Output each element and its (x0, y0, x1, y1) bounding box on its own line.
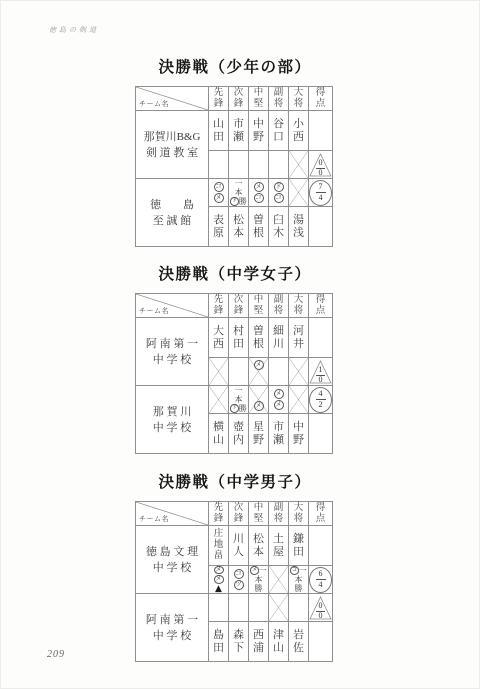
player-name: 村田 (229, 318, 248, 357)
team-name-line1: 阿 南 第 一 (136, 612, 208, 628)
position-header-cell: 得点 (309, 87, 333, 111)
player-name: 市瀬 (229, 111, 248, 150)
score-circle: 74 (309, 180, 332, 206)
mark-cell (289, 358, 309, 386)
player-name: 島田 (209, 622, 228, 661)
score-sheet: チーム名先鋒次鋒中堅副将大将得点那賀川B&G剣 道 教 室山田市瀬中野谷口小西0… (135, 86, 333, 247)
mark-cell: メ一本勝 (249, 566, 269, 594)
position-header-cell: 得点 (309, 294, 333, 318)
team-cell: 徳 島至 誠 館 (136, 179, 209, 247)
team-name-corner-label: チーム名 (139, 306, 169, 316)
position-header-cell: 副将 (269, 502, 289, 526)
triangle-icon (309, 152, 332, 178)
score-badge: 74 (309, 179, 332, 206)
scanned-page: 徳島の剣道 決勝戦（少年の部） チーム名先鋒次鋒中堅副将大将得点那賀川B&G剣 … (0, 0, 480, 689)
player-cell: 村田 (229, 318, 249, 358)
technique-mark-icon: ド (274, 182, 284, 192)
team-name-corner-label: チーム名 (139, 514, 169, 524)
score-triangle: 10 (309, 359, 332, 385)
player-name: 市瀬 (269, 414, 288, 453)
player-name: 中野 (289, 414, 308, 453)
page-number: 209 (47, 649, 65, 660)
running-header: 徳島の剣道 (49, 25, 99, 35)
player-cell: 庄地畠 (209, 526, 229, 566)
score-fraction: 64 (316, 570, 326, 589)
position-header-cell: 副将 (269, 294, 289, 318)
technique-mark-icon: メ (214, 193, 224, 203)
header-row: チーム名先鋒次鋒中堅副将大将得点 (136, 87, 333, 111)
player-cell: 星野 (249, 414, 269, 454)
player-name: 庄地畠 (209, 526, 228, 565)
mark-cell (249, 151, 269, 179)
section-title-shonen: 決勝戦（少年の部） (135, 55, 335, 77)
player-cell: 川人 (229, 526, 249, 566)
score-badge: 00 (309, 594, 332, 621)
results-table-shonen: チーム名先鋒次鋒中堅副将大将得点那賀川B&G剣 道 教 室山田市瀬中野谷口小西0… (135, 86, 335, 247)
technique-mark-icon: メ (254, 401, 264, 411)
team-name-line1: 阿 南 第 一 (136, 336, 208, 352)
player-cell: 市瀬 (229, 111, 249, 151)
score-sheet: チーム名先鋒次鋒中堅副将大将得点徳 島 文 理中 学 校庄地畠川人松本土屋鎌田メ… (135, 501, 333, 662)
position-header-cell: 次鋒 (229, 294, 249, 318)
ippon-win-label: メ一本勝 (249, 562, 268, 597)
technique-mark-icon: コ (274, 193, 284, 203)
mark-cell (289, 179, 309, 207)
mark-cell: メメ (269, 386, 289, 414)
mark-cell (209, 358, 229, 386)
score-circle: 64 (309, 567, 332, 593)
score-empty-cell (309, 526, 333, 566)
header-row: チーム名先鋒次鋒中堅副将大将得点 (136, 502, 333, 526)
player-cell: 細川 (269, 318, 289, 358)
position-header-cell: 次鋒 (229, 87, 249, 111)
match-marks: メメ▲ (209, 566, 228, 593)
match-marks: メメ (269, 386, 288, 413)
position-header-cell: 副将 (269, 87, 289, 111)
player-name: 土屋 (269, 526, 288, 565)
player-name: 曽根 (249, 318, 268, 357)
team-b-marks-row: 徳 島至 誠 館コメ一本ド勝メコドコ74 (136, 179, 333, 207)
cross-icon (289, 386, 308, 413)
mark-cell (289, 151, 309, 179)
player-cell: 中野 (249, 111, 269, 151)
score-triangle: 00 (309, 152, 332, 178)
mark-cell (289, 594, 309, 622)
score-cell: 00 (309, 594, 333, 622)
technique-mark-icon: メ (274, 400, 284, 410)
player-cell: 中野 (289, 414, 309, 454)
mark-cell: コ一本勝 (289, 566, 309, 594)
player-cell: 松本 (229, 207, 249, 247)
player-name: 大西 (209, 318, 228, 357)
triangle-icon (309, 359, 332, 385)
team-b-marks-row: 阿 南 第 一中 学 校00 (136, 594, 333, 622)
team-name-line1: 徳 島 (136, 197, 208, 213)
cross-icon (289, 151, 308, 178)
team-a-names-row: 阿 南 第 一中 学 校大西村田曽根細川河井 (136, 318, 333, 358)
triangle-icon (309, 595, 332, 621)
player-name: 山田 (209, 111, 228, 150)
mark-cell (269, 151, 289, 179)
score-empty-cell (309, 111, 333, 151)
match-marks: コメ (209, 179, 228, 206)
player-cell: 曽根 (249, 318, 269, 358)
technique-mark-icon: ド (230, 404, 239, 413)
mark-cell: ドコ (269, 179, 289, 207)
position-header-cell: 大将 (289, 502, 309, 526)
section-chugaku-danshi: 決勝戦（中学男子） チーム名先鋒次鋒中堅副将大将得点徳 島 文 理中 学 校庄地… (135, 470, 335, 662)
score-sheet: チーム名先鋒次鋒中堅副将大将得点阿 南 第 一中 学 校大西村田曽根細川河井メ1… (135, 293, 333, 454)
cross-icon (209, 386, 228, 413)
player-cell: 表原 (209, 207, 229, 247)
score-badge: 00 (309, 151, 332, 178)
player-cell: 市瀬 (269, 414, 289, 454)
player-name: 臼木 (269, 207, 288, 246)
player-name: 細川 (269, 318, 288, 357)
mark-cell (269, 594, 289, 622)
mark-cell: メ (249, 386, 269, 414)
player-cell: 津山 (269, 622, 289, 662)
score-cell: 10 (309, 358, 333, 386)
team-cell: 那賀川B&G剣 道 教 室 (136, 111, 209, 179)
player-cell: 山田 (209, 111, 229, 151)
player-name: 西浦 (249, 622, 268, 661)
player-cell: 谷口 (269, 111, 289, 151)
team-cell: 阿 南 第 一中 学 校 (136, 318, 209, 386)
team-name-line2: 至 誠 館 (136, 213, 208, 229)
player-name: 横山 (209, 414, 228, 453)
mark-cell: メコ (249, 179, 269, 207)
player-name: 星野 (249, 414, 268, 453)
mark-cell: 一本ド勝 (229, 179, 249, 207)
technique-mark-icon: メ (250, 566, 259, 575)
player-cell: 大西 (209, 318, 229, 358)
cross-icon (269, 594, 288, 621)
technique-mark-icon: メ (214, 566, 224, 575)
player-name: 川人 (229, 526, 248, 565)
technique-mark-icon: コ (290, 566, 299, 575)
player-cell: 臼木 (269, 207, 289, 247)
score-triangle: 00 (309, 595, 332, 621)
section-shonen: 決勝戦（少年の部） チーム名先鋒次鋒中堅副将大将得点那賀川B&G剣 道 教 室山… (135, 55, 335, 247)
player-cell: 西浦 (249, 622, 269, 662)
player-cell: 横山 (209, 414, 229, 454)
team-name-line1: 那賀川B&G (136, 129, 208, 145)
position-header-cell: 大将 (289, 87, 309, 111)
score-empty-cell (309, 207, 333, 247)
score-cell: 64 (309, 566, 333, 594)
score-empty-cell (309, 414, 333, 454)
team-name-line2: 中 学 校 (136, 420, 208, 436)
player-cell: 壺内 (229, 414, 249, 454)
player-cell: 小西 (289, 111, 309, 151)
player-cell: 松本 (249, 526, 269, 566)
team-b-marks-row: 那 賀 川中 学 校一本ド勝メメメ42 (136, 386, 333, 414)
player-name: 表原 (209, 207, 228, 246)
team-cell: 那 賀 川中 学 校 (136, 386, 209, 454)
technique-mark-icon: メ (254, 360, 264, 370)
team-cell: 徳 島 文 理中 学 校 (136, 526, 209, 594)
cross-icon (289, 358, 308, 385)
cross-icon (209, 358, 228, 385)
team-a-names-row: 那賀川B&G剣 道 教 室山田市瀬中野谷口小西 (136, 111, 333, 151)
score-circle: 42 (309, 387, 332, 413)
player-name: 津山 (269, 622, 288, 661)
mark-cell: コツ (229, 566, 249, 594)
player-cell: 鎌田 (289, 526, 309, 566)
position-header-cell: 大将 (289, 294, 309, 318)
mark-cell (209, 386, 229, 414)
corner-cell: チーム名 (136, 502, 209, 526)
player-name: 河井 (289, 318, 308, 357)
player-cell: 河井 (289, 318, 309, 358)
corner-cell: チーム名 (136, 294, 209, 318)
player-name: 岩佐 (289, 622, 308, 661)
match-marks: メコ (249, 179, 268, 206)
ippon-win-label: コ一本勝 (289, 562, 308, 597)
section-title-chugaku-joshi: 決勝戦（中学女子） (135, 262, 335, 284)
player-cell: 森下 (229, 622, 249, 662)
score-empty-cell (309, 622, 333, 662)
score-badge: 10 (309, 358, 332, 385)
score-fraction: 74 (316, 183, 326, 202)
mark-cell: メ (249, 358, 269, 386)
team-name-line1: 徳 島 文 理 (136, 544, 208, 560)
header-row: チーム名先鋒次鋒中堅副将大将得点 (136, 294, 333, 318)
score-cell: 42 (309, 386, 333, 414)
player-name: 小西 (289, 111, 308, 150)
mark-cell (289, 386, 309, 414)
score-cell: 00 (309, 151, 333, 179)
mark-cell (249, 594, 269, 622)
technique-mark-icon: コ (214, 182, 224, 192)
player-cell: 岩佐 (289, 622, 309, 662)
mark-cell (269, 358, 289, 386)
position-header-cell: 中堅 (249, 294, 269, 318)
position-header-cell: 得点 (309, 502, 333, 526)
mark-cell: 一本ド勝 (229, 386, 249, 414)
section-title-chugaku-danshi: 決勝戦（中学男子） (135, 470, 335, 492)
mark-cell (269, 566, 289, 594)
ippon-win-label: 一本ド勝 (229, 382, 248, 417)
technique-mark-icon: メ (274, 389, 284, 399)
score-badge: 64 (309, 566, 332, 593)
mark-cell (209, 594, 229, 622)
technique-mark-icon: ツ (234, 580, 244, 590)
team-name-line2: 中 学 校 (136, 352, 208, 368)
player-name: 壺内 (229, 414, 248, 453)
player-cell: 湯浅 (289, 207, 309, 247)
mark-cell (209, 151, 229, 179)
position-header-cell: 中堅 (249, 502, 269, 526)
results-table-chugaku-danshi: チーム名先鋒次鋒中堅副将大将得点徳 島 文 理中 学 校庄地畠川人松本土屋鎌田メ… (135, 501, 335, 662)
technique-mark-icon: メ (254, 182, 264, 192)
mark-cell: コメ (209, 179, 229, 207)
player-name: 中野 (249, 111, 268, 150)
player-name: 松本 (229, 207, 248, 246)
match-marks: ドコ (269, 179, 288, 206)
player-name: 曽根 (249, 207, 268, 246)
position-header-cell: 次鋒 (229, 502, 249, 526)
score-cell: 74 (309, 179, 333, 207)
team-name-line2: 中 学 校 (136, 628, 208, 644)
player-cell: 土屋 (269, 526, 289, 566)
position-header-cell: 先鋒 (209, 502, 229, 526)
team-name-line2: 剣 道 教 室 (136, 145, 208, 161)
score-badge: 42 (309, 386, 332, 413)
score-fraction: 42 (316, 390, 326, 409)
technique-mark-icon: コ (234, 569, 244, 579)
team-name-line1: 那 賀 川 (136, 404, 208, 420)
player-name: 鎌田 (289, 526, 308, 565)
team-a-names-row: 徳 島 文 理中 学 校庄地畠川人松本土屋鎌田 (136, 526, 333, 566)
penalty-mark: ▲ (215, 585, 222, 594)
team-name-corner-label: チーム名 (139, 99, 169, 109)
results-table-chugaku-joshi: チーム名先鋒次鋒中堅副将大将得点阿 南 第 一中 学 校大西村田曽根細川河井メ1… (135, 293, 335, 454)
mark-cell: メメ▲ (209, 566, 229, 594)
mark-cell (229, 594, 249, 622)
technique-mark-icon: ド (230, 197, 239, 206)
player-cell: 曽根 (249, 207, 269, 247)
corner-cell: チーム名 (136, 87, 209, 111)
technique-mark-icon: コ (254, 193, 264, 203)
player-cell: 島田 (209, 622, 229, 662)
position-header-cell: 中堅 (249, 87, 269, 111)
team-cell: 阿 南 第 一中 学 校 (136, 594, 209, 662)
player-name: 松本 (249, 526, 268, 565)
cross-icon (269, 566, 288, 593)
player-name: 湯浅 (289, 207, 308, 246)
player-name: 谷口 (269, 111, 288, 150)
team-name-line2: 中 学 校 (136, 560, 208, 576)
section-chugaku-joshi: 決勝戦（中学女子） チーム名先鋒次鋒中堅副将大将得点阿 南 第 一中 学 校大西… (135, 262, 335, 454)
cross-icon (289, 179, 308, 206)
technique-mark-icon: メ (214, 575, 224, 584)
score-empty-cell (309, 318, 333, 358)
match-marks: コツ (229, 566, 248, 593)
player-name: 森下 (229, 622, 248, 661)
position-header-cell: 先鋒 (209, 294, 229, 318)
ippon-win-label: 一本ド勝 (229, 175, 248, 210)
position-header-cell: 先鋒 (209, 87, 229, 111)
